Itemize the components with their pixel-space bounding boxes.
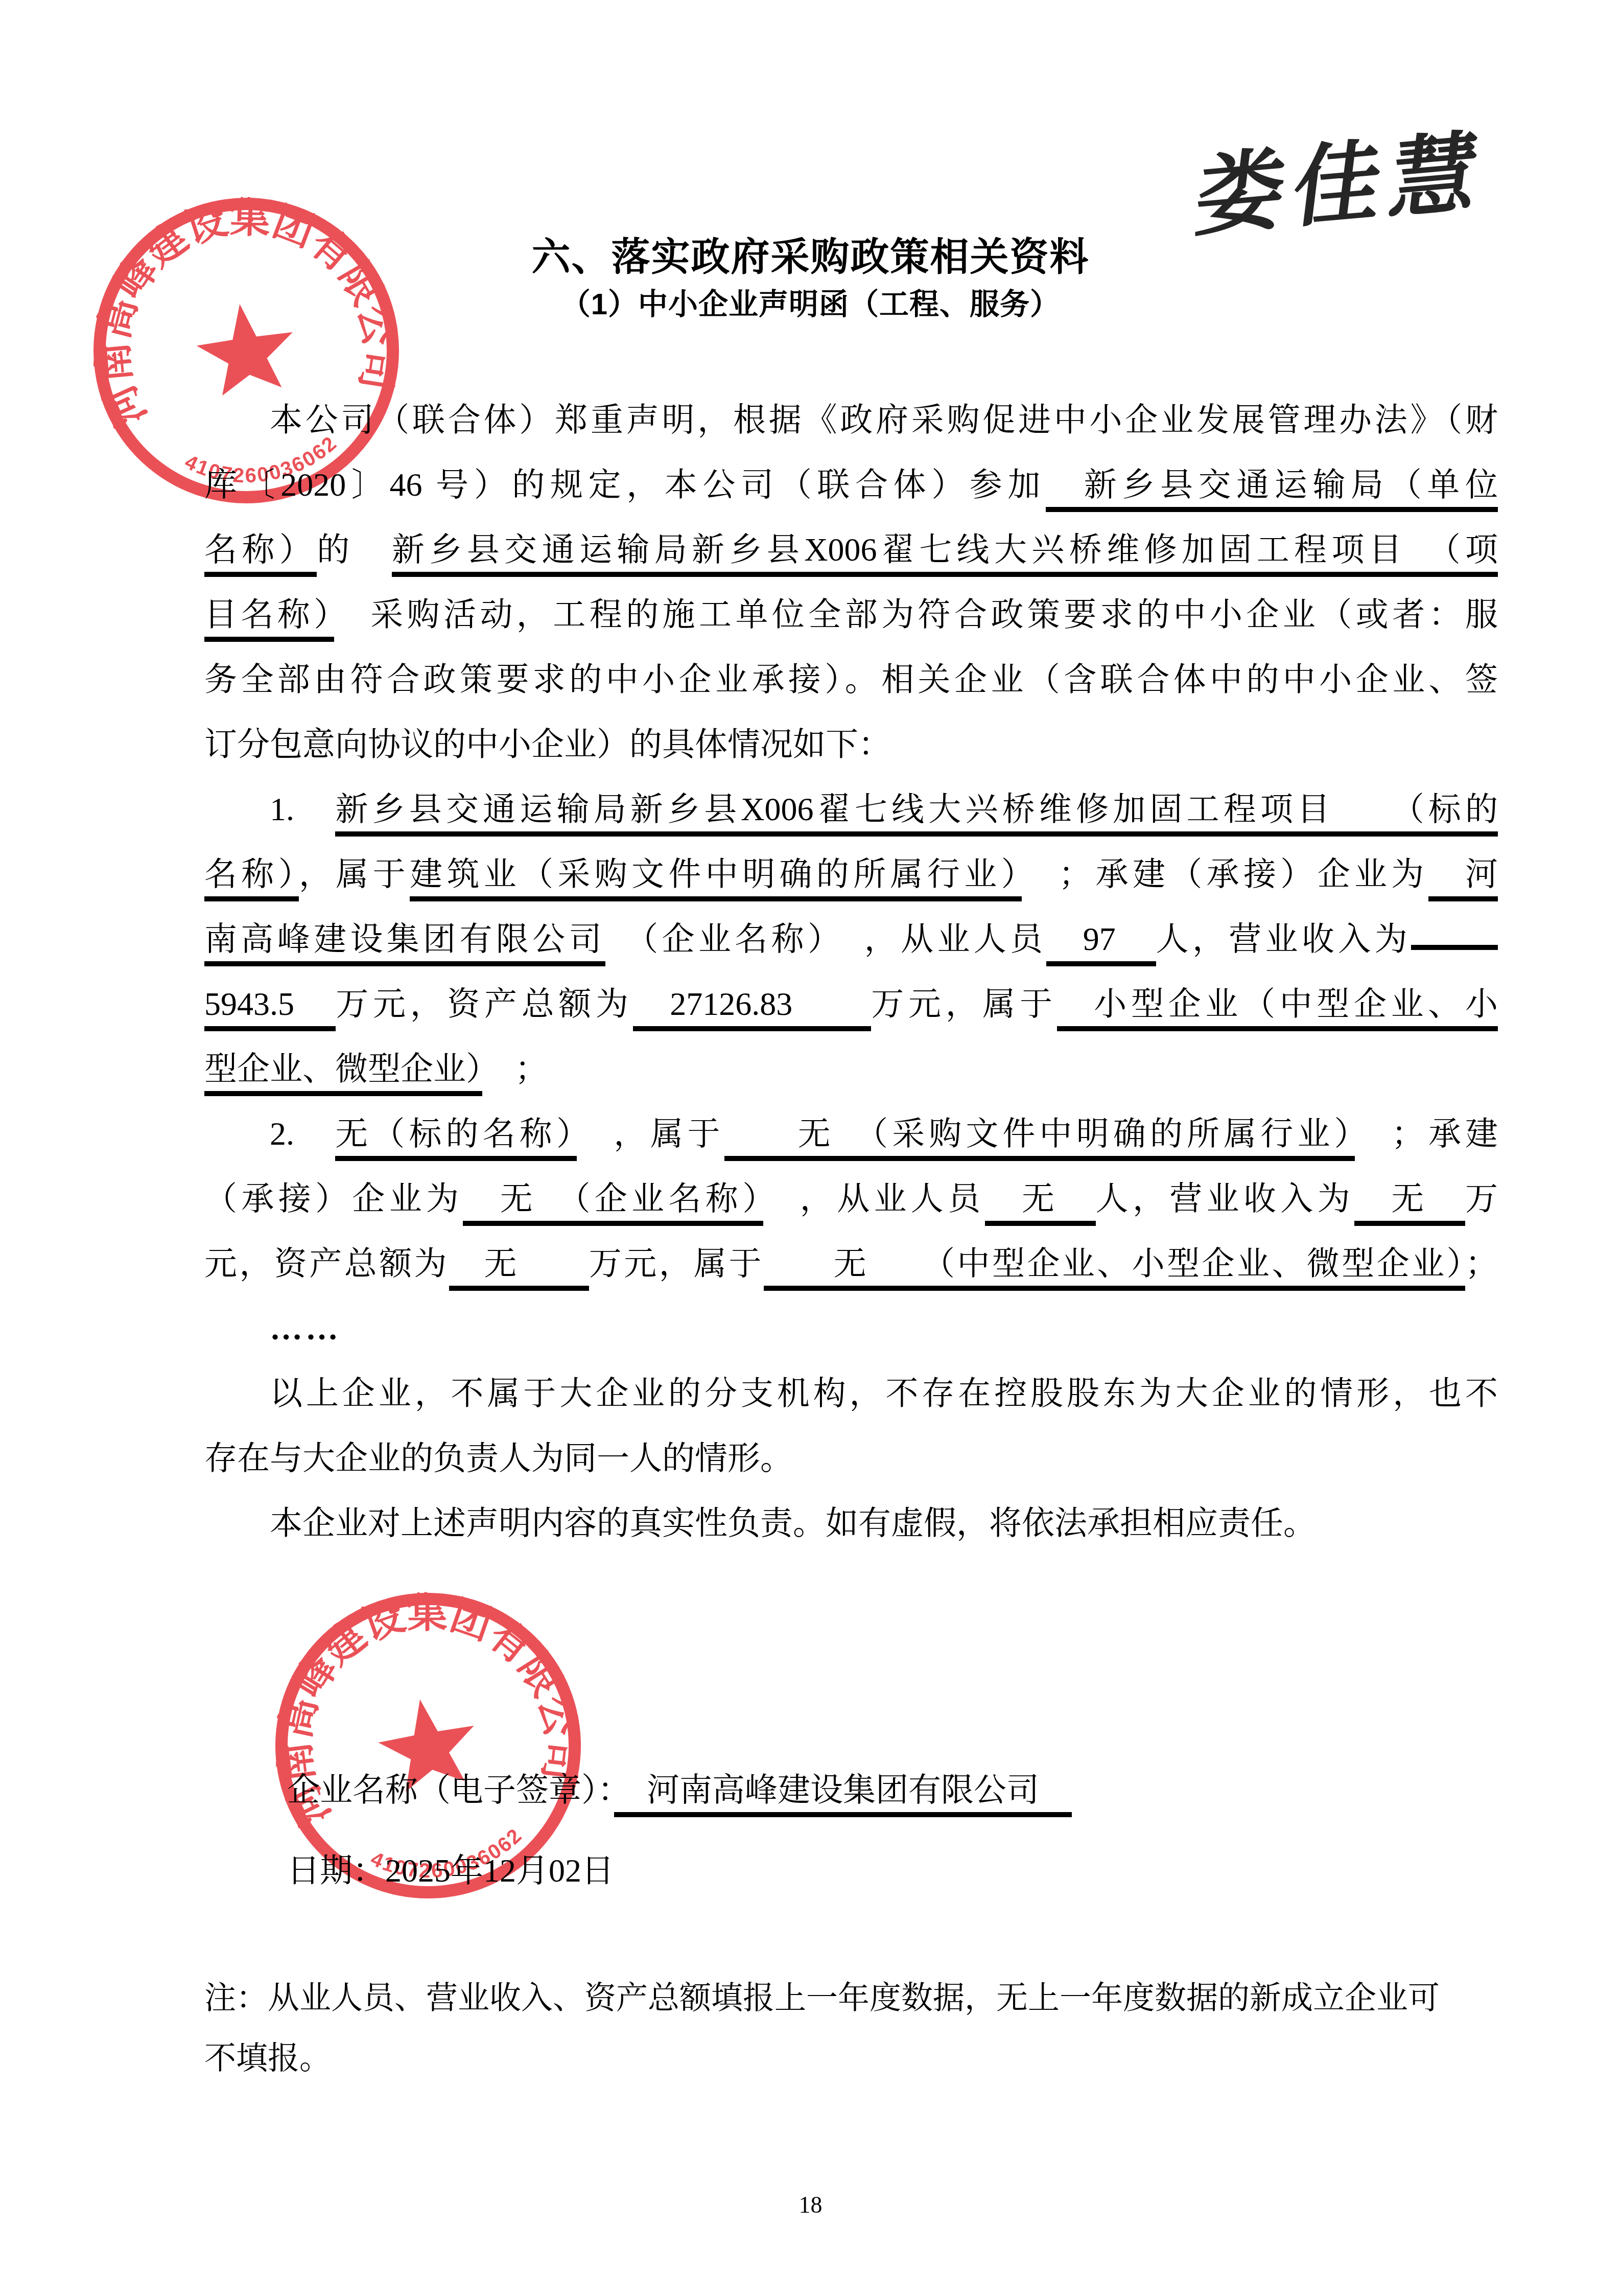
body-line: 本企业对上述声明内容的真实性负责。如有虚假，将依法承担相应责任。 (204, 1491, 1498, 1556)
filled-blank-underlined (1411, 908, 1498, 950)
star-icon (192, 297, 300, 399)
filled-blank-underlined: 建筑业（采购文件中明确的所属行业） (410, 856, 1022, 901)
text-segment: …… (270, 1310, 341, 1347)
filled-blank-underlined: 无 （采购文件中明确的所属行业） (724, 1116, 1355, 1161)
filled-blank-underlined: 无 （企业名称） (463, 1180, 763, 1226)
body-line: 元，资产总额为 无 万元，属于 无 （中型企业、小型企业、微型企业）； (204, 1231, 1498, 1296)
body-line: 名称）的 新乡县交通运输局新乡县X006翟七线大兴桥维修加固工程项目 （项 (204, 517, 1498, 582)
body-line: 目名称） 采购活动，工程的施工单位全部为符合政策要求的中小企业（或者：服 (204, 582, 1498, 647)
signature-company: 河南高峰建设集团有限公司 (614, 1772, 1072, 1817)
footnote: 注：从业人员、营业收入、资产总额填报上一年度数据，无上一年度数据的新成立企业可不… (204, 1968, 1502, 2089)
page-number: 18 (0, 2191, 1621, 2218)
body-line: 名称），属于建筑业（采购文件中明确的所属行业） ；承建（承接）企业为 河 (204, 842, 1498, 907)
filled-blank-underlined: 型企业、微型企业） (204, 1051, 482, 1096)
text-segment: 1. (270, 791, 294, 827)
filled-blank-underlined: 名称） (204, 856, 299, 901)
text-segment: 人，营业收入为 (1156, 921, 1411, 957)
text-segment: 采购活动，工程的施工单位全部为符合政策要求的中小企业（或者：服 (334, 596, 1498, 633)
filled-blank-underlined: 无 (449, 1245, 589, 1291)
text-segment: （企业名称） ，从业人员 (605, 921, 1047, 957)
text-segment: 存在与大企业的负责人为同一人的情形。 (204, 1440, 793, 1476)
body-line: …… (204, 1296, 1498, 1361)
text-segment (294, 791, 335, 827)
text-segment: 万元，属于 (871, 986, 1056, 1022)
body-text: 本公司（联合体）郑重声明，根据《政府采购促进中小企业发展管理办法》（财库〔202… (204, 387, 1498, 1556)
body-line: 务全部由符合政策要求的中小企业承接）。相关企业（含联合体中的中小企业、签 (204, 647, 1498, 712)
body-line: 以上企业，不属于大企业的分支机构，不存在控股股东为大企业的情形，也不 (204, 1361, 1498, 1426)
filled-blank-underlined: 5943.5 (204, 986, 336, 1031)
footnote-line: 不填报。 (204, 2029, 1502, 2089)
filled-blank-underlined: 新乡县交通运输局新乡县X006翟七线大兴桥维修加固工程项目 （标的 (335, 791, 1498, 837)
text-segment: ； (1465, 1245, 1498, 1282)
body-line: 2. 无（标的名称） ，属于 无 （采购文件中明确的所属行业） ；承建 (204, 1101, 1498, 1166)
body-line: 1. 新乡县交通运输局新乡县X006翟七线大兴桥维修加固工程项目 （标的 (204, 777, 1498, 842)
text-segment: 以上企业，不属于大企业的分支机构，不存在控股股东为大企业的情形，也不 (270, 1375, 1498, 1411)
filled-blank-underlined: 名称） (204, 531, 317, 577)
text-segment: ，属于 (299, 856, 410, 892)
filled-blank-underlined: 新乡县交通运输局（单位 (1046, 467, 1498, 512)
document-page: 娄佳慧 六、落实政府采购政策相关资料 （1）中小企业声明函（工程、服务） 本公司… (0, 0, 1621, 2296)
text-segment: ；承建 (1355, 1116, 1498, 1152)
text-segment: 万 (1465, 1180, 1498, 1217)
filled-blank-underlined: 无（标的名称） (335, 1116, 577, 1161)
text-segment: （承接）企业为 (204, 1180, 463, 1217)
text-segment (294, 1116, 335, 1152)
filled-blank-underlined: 目名称） (204, 596, 334, 642)
filled-blank-underlined: 97 (1046, 921, 1156, 966)
text-segment: 万元，资产总额为 (336, 986, 632, 1022)
filled-blank-underlined: 小型企业（中型企业、小 (1057, 986, 1498, 1031)
text-segment: 万元，属于 (589, 1245, 764, 1282)
text-segment: ；承建（承接）企业为 (1022, 856, 1428, 892)
text-segment: 订分包意向协议的中小企业）的具体情况如下： (204, 726, 891, 762)
text-segment: 本公司（联合体）郑重声明，根据《政府采购促进中小企业发展管理办法》（财 (270, 402, 1498, 438)
company-seal-icon: 河南高峰建设集团有限公司 4107260036062 (44, 149, 449, 553)
footnote-line: 注：从业人员、营业收入、资产总额填报上一年度数据，无上一年度数据的新成立企业可 (204, 1968, 1502, 2029)
filled-blank-underlined: 河 (1428, 856, 1498, 901)
text-segment: 务全部由符合政策要求的中小企业承接）。相关企业（含联合体中的中小企业、签 (204, 661, 1498, 698)
filled-blank-underlined: 无 (985, 1180, 1096, 1226)
text-segment: ，属于 (577, 1116, 724, 1152)
text-segment: 2. (270, 1116, 294, 1152)
body-line: （承接）企业为 无 （企业名称） ，从业人员 无 人，营业收入为 无 万 (204, 1166, 1498, 1231)
text-segment: ，从业人员 (763, 1180, 985, 1217)
body-line: 南高峰建设集团有限公司 （企业名称） ，从业人员 97 人，营业收入为 (204, 907, 1498, 971)
body-line: 型企业、微型企业） ； (204, 1036, 1498, 1101)
text-segment: 人，营业收入为 (1096, 1180, 1354, 1217)
body-line: 存在与大企业的负责人为同一人的情形。 (204, 1426, 1498, 1491)
body-line: 订分包意向协议的中小企业）的具体情况如下： (204, 712, 1498, 777)
star-icon (372, 1691, 483, 1795)
body-line: 5943.5 万元，资产总额为 27126.83 万元，属于 小型企业（中型企业… (204, 971, 1498, 1036)
text-segment: ； (482, 1051, 548, 1087)
filled-blank-underlined: 新乡县交通运输局新乡县X006翟七线大兴桥维修加固工程项目 （项 (392, 531, 1498, 577)
text-segment: 的 (317, 531, 392, 568)
filled-blank-underlined: 27126.83 (633, 986, 872, 1031)
filled-blank-underlined: 无 （中型企业、小型企业、微型企业） (764, 1245, 1465, 1291)
filled-blank-underlined: 无 (1354, 1180, 1465, 1226)
text-segment: 本企业对上述声明内容的真实性负责。如有虚假，将依法承担相应责任。 (270, 1505, 1316, 1541)
text-segment: 元，资产总额为 (204, 1245, 449, 1282)
filled-blank-underlined: 南高峰建设集团有限公司 (204, 921, 605, 966)
company-seal-icon: 河南高峰建设集团有限公司 4107260036062 (221, 1539, 636, 1953)
